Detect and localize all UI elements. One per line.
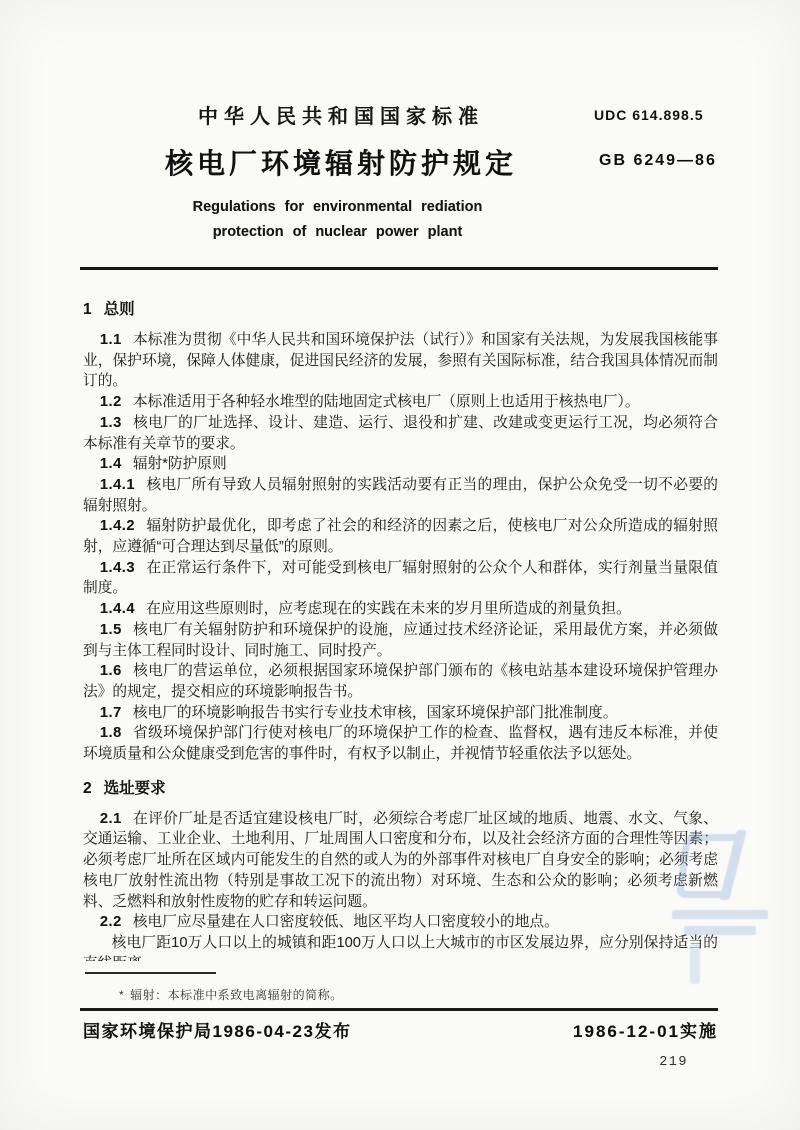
- clause-number: 1.4.4: [100, 601, 135, 617]
- section-number: 1: [83, 301, 92, 318]
- clause-number: 2.1: [100, 811, 122, 827]
- clause-1-4-1: 1.4.1核电厂所有导致人员辐射照射的实践活动要有正当的理由，保护公众免受一切不…: [83, 475, 718, 516]
- clause-text: 本标准为贯彻《中华人民共和国环境保护法（试行）》和国家有关法规，为发展我国核能事…: [83, 332, 718, 389]
- clause-number: 1.4.3: [100, 560, 135, 576]
- clause-1-4: 1.4辐射*防护原则: [83, 454, 718, 475]
- clause-text: 在评价厂址是否适宜建设核电厂时，必须综合考虑厂址区域的地质、地震、水文、气象、交…: [83, 811, 718, 910]
- clause-text: 在应用这些原则时，应考虑现在的实践在未来的岁月里所造成的剂量负担。: [146, 601, 631, 617]
- clause-text: 核电厂应尽量建在人口密度较低、地区平均人口密度较小的地点。: [133, 914, 559, 930]
- clause-1-6: 1.6核电厂的营运单位，必须根据国家环境保护部门颁布的《核电站基本建设环境保护管…: [83, 661, 718, 702]
- clause-text: 辐射*防护原则: [133, 456, 227, 472]
- issue-info: 国家环境保护局1986-04-23发布: [83, 1017, 351, 1042]
- header-divider: [80, 267, 718, 270]
- clause-text: 省级环境保护部门行使对核电厂的环境保护工作的检查、监督权，遇有违反本标准，并使环…: [83, 725, 718, 762]
- document-title-en: Regulations for environmental rediation …: [85, 195, 590, 245]
- clause-2-2: 2.2核电厂应尽量建在人口密度较低、地区平均人口密度较小的地点。: [83, 912, 718, 933]
- clause-number: 1.4.2: [100, 518, 135, 534]
- clause-number: 1.8: [100, 725, 122, 741]
- clause-text: 核电厂的厂址选择、设计、建造、运行、退役和扩建、改建或变更运行工况，均必须符合本…: [83, 415, 718, 452]
- section-title: 选址要求: [104, 780, 166, 797]
- document-page: 中华人民共和国国家标准 UDC 614.898.5 核电厂环境辐射防护规定 GB…: [0, 0, 800, 1130]
- clause-text: 在正常运行条件下，对可能受到核电厂辐射照射的公众个人和群体，实行剂量当量限值制度…: [83, 560, 718, 597]
- section-1-heading: 1总则: [83, 299, 718, 320]
- clause-text: 辐射防护最优化，即考虑了社会的和经济的因素之后，使核电厂对公众所造成的辐射照射，…: [83, 518, 718, 555]
- clause-number: 2.2: [100, 914, 122, 930]
- footnote-marker: *: [119, 988, 124, 1002]
- clause-text: 核电厂所有导致人员辐射照射的实践活动要有正当的理由，保护公众免受一切不必要的辐射…: [83, 477, 718, 514]
- footer: 国家环境保护局1986-04-23发布 1986-12-01实施: [83, 1017, 718, 1042]
- footnote-divider: [85, 972, 216, 974]
- clause-1-2: 1.2本标准适用于各种轻水堆型的陆地固定式核电厂（原则上也适用于核热电厂）。: [83, 392, 718, 413]
- clause-number: 1.2: [100, 394, 122, 410]
- clause-1-5: 1.5核电厂有关辐射防护和环境保护的设施，应通过技术经济论证，采用最优方案，并必…: [83, 620, 718, 661]
- clause-1-4-3: 1.4.3在正常运行条件下，对可能受到核电厂辐射照射的公众个人和群体，实行剂量当…: [83, 558, 718, 599]
- clause-1-4-4: 1.4.4在应用这些原则时，应考虑现在的实践在未来的岁月里所造成的剂量负担。: [83, 599, 718, 620]
- clause-text: 核电厂的营运单位，必须根据国家环境保护部门颁布的《核电站基本建设环境保护管理办法…: [83, 663, 718, 700]
- clause-text: 本标准适用于各种轻水堆型的陆地固定式核电厂（原则上也适用于核热电厂）。: [133, 394, 640, 410]
- clause-2-1: 2.1在评价厂址是否适宜建设核电厂时，必须综合考虑厂址区域的地质、地震、水文、气…: [83, 809, 718, 913]
- section-title: 总则: [104, 301, 135, 318]
- clause-1-1: 1.1本标准为贯彻《中华人民共和国环境保护法（试行）》和国家有关法规，为发展我国…: [83, 330, 718, 392]
- standard-number: GB 6249—86: [599, 152, 717, 170]
- implement-info: 1986-12-01实施: [573, 1017, 718, 1042]
- section-2-heading: 2选址要求: [83, 778, 718, 799]
- document-title-cn: 核电厂环境辐射防护规定: [85, 142, 597, 182]
- document-body: 1总则 1.1本标准为贯彻《中华人民共和国环境保护法（试行）》和国家有关法规，为…: [83, 297, 718, 961]
- clause-number: 1.5: [100, 622, 122, 638]
- clause-number: 1.6: [100, 663, 122, 679]
- clause-1-3: 1.3核电厂的厂址选择、设计、建造、运行、退役和扩建、改建或变更运行工况，均必须…: [83, 413, 718, 454]
- standard-kind-label: 中华人民共和国国家标准: [85, 100, 597, 129]
- clause-text: 核电厂的环境影响报告书实行专业技术审核，国家环境保护部门批准制度。: [133, 705, 618, 721]
- clause-number: 1.4.1: [100, 477, 135, 493]
- footer-divider: [80, 1008, 718, 1011]
- footnote-text: 辐射：本标准中系致电离辐射的简称。: [130, 988, 343, 1002]
- section-number: 2: [83, 780, 92, 797]
- clause-text: 核电厂有关辐射防护和环境保护的设施，应通过技术经济论证，采用最优方案，并必须做到…: [83, 622, 718, 659]
- clause-1-4-2: 1.4.2辐射防护最优化，即考虑了社会的和经济的因素之后，使核电厂对公众所造成的…: [83, 516, 718, 557]
- clause-number: 1.7: [100, 705, 122, 721]
- clause-2-2-continuation: 核电厂距10万人口以上的城镇和距100万人口以上大城市的市区发展边界，应分别保持…: [83, 933, 718, 961]
- clause-number: 1.1: [100, 332, 122, 348]
- clause-number: 1.3: [100, 415, 122, 431]
- clause-1-8: 1.8省级环境保护部门行使对核电厂的环境保护工作的检查、监督权，遇有违反本标准，…: [83, 723, 718, 764]
- page-number: 219: [659, 1055, 688, 1070]
- title-en-line1: Regulations for environmental rediation: [85, 195, 590, 220]
- clause-1-7: 1.7核电厂的环境影响报告书实行专业技术审核，国家环境保护部门批准制度。: [83, 703, 718, 724]
- title-en-line2: protection of nuclear power plant: [85, 220, 590, 245]
- clause-number: 1.4: [100, 456, 122, 472]
- udc-number: UDC 614.898.5: [594, 107, 704, 123]
- footnote: *辐射：本标准中系致电离辐射的简称。: [119, 986, 343, 1003]
- watermark-logo-shape: [719, 830, 746, 900]
